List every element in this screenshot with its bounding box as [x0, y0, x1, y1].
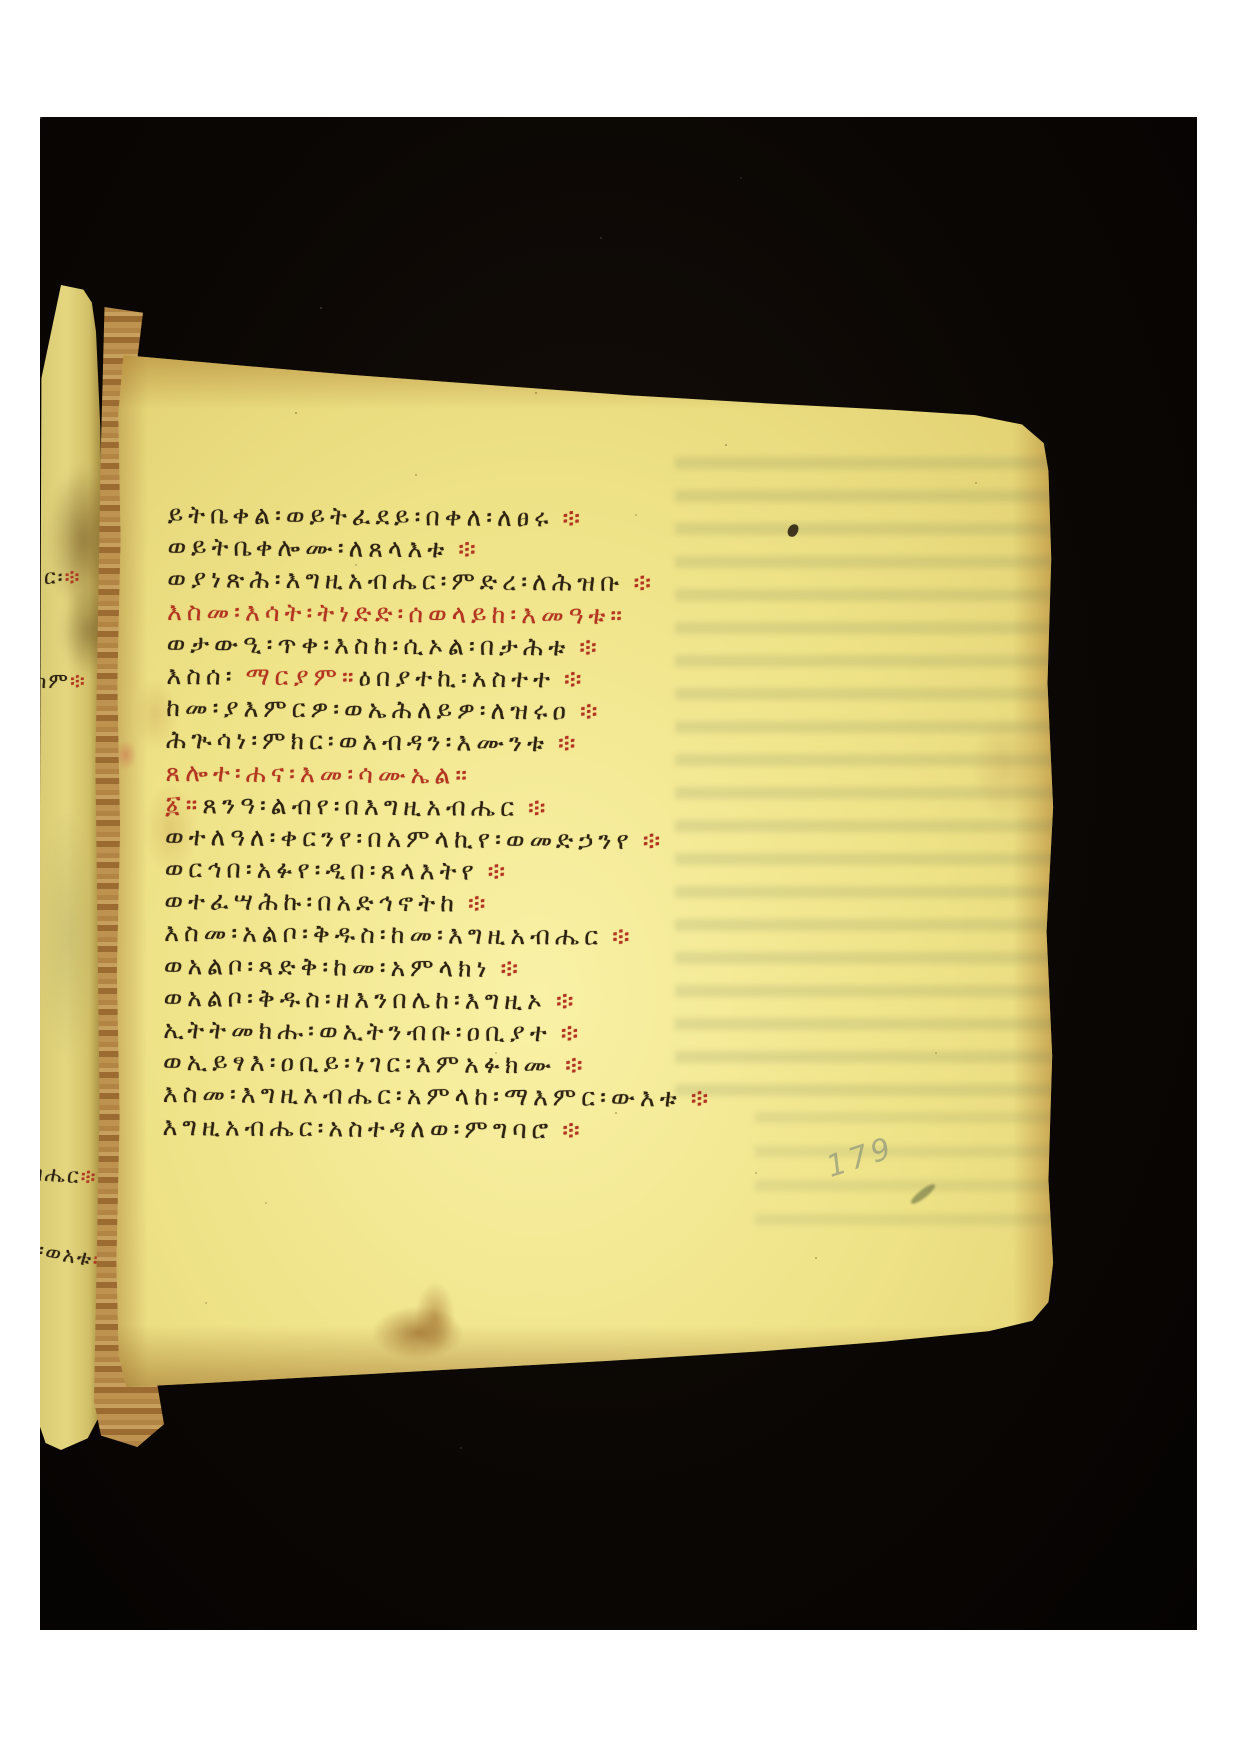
black-ink-segment: እስመ፡አልቦ፡ቅዱስ፡ከመ፡እግዚአብሔር — [164, 918, 603, 951]
red-ink-segment: ፨ — [562, 503, 585, 532]
black-ink-segment: ጸንዓ፡ልብየ፡በእግዚአብሔር — [202, 790, 519, 822]
black-ink-segment: ይትቤቀል፡ወይትፈደይ፡በቀለ፡ለፀሩ — [168, 500, 554, 532]
red-ink-segment: ፨ — [579, 632, 602, 661]
black-ink-segment: ስ፡ወአቱ — [40, 1236, 95, 1272]
red-ink-segment: ፨ — [691, 1084, 714, 1113]
black-ink-segment: ወርኅበ፡አፉየ፡ዲበ፡ጸላእትየ — [165, 854, 479, 886]
red-ink-segment: ፨ — [458, 535, 481, 564]
scan-mount: ር፡፨ስም፨ብሔር፨ስ፡ወአቱ፨ ይትቤቀል፡ወይትፈደይ፡በቀለ፡ለፀሩ፨ወይ… — [0, 0, 1238, 1753]
black-ink-segment: ወይትቤቀሎሙ፡ለጸላእቱ — [167, 532, 449, 563]
black-ink-segment: ስም — [40, 669, 70, 693]
black-ink-segment: ር፡ — [44, 565, 65, 589]
red-ink-segment: እስመ፡እሳት፡ትነድድ፡ሰወላይከ፡እመዓቱ። — [167, 597, 627, 630]
text-block: ይትቤቀል፡ወይትፈደይ፡በቀለ፡ለፀሩ፨ወይትቤቀሎሙ፡ለጸላእቱ፨ወያነጽሕ… — [162, 500, 1068, 1152]
red-ink-segment: ፨ — [468, 889, 491, 918]
red-ink-segment: ፨ — [562, 1115, 585, 1144]
black-ink-segment: ወታውዒ፡ጥቀ፡እስከ፡ሲኦል፡በታሕቱ — [167, 629, 571, 662]
black-ink-segment: ኢትትመክሑ፡ወኢትንብቡ፡ዐቢያተ — [163, 1015, 552, 1047]
red-ink-segment: ፨ — [612, 922, 635, 951]
stain — [40, 805, 95, 1065]
backdrop-dust-specks — [40, 117, 42, 119]
red-ink-segment: ፨ — [564, 664, 587, 693]
black-ink-segment: ወተለዓለ፡ቀርንየ፡በአምላኪየ፡ወመድኃንየ — [165, 822, 634, 855]
black-ink-segment: ወያነጽሕ፡እግዚአብሔር፡ምድረ፡ለሕዝቡ — [167, 564, 624, 597]
red-ink-segment: ፨ — [565, 1051, 588, 1080]
photo-backdrop: ር፡፨ስም፨ብሔር፨ስ፡ወአቱ፨ ይትቤቀል፡ወይትፈደይ፡በቀለ፡ለፀሩ፨ወይ… — [40, 117, 1197, 1630]
manuscript-page: ይትቤቀል፡ወይትፈደይ፡በቀለ፡ለፀሩ፨ወይትቤቀሎሙ፡ለጸላእቱ፨ወያነጽሕ… — [115, 352, 1055, 1387]
red-ink-segment: ፨ — [643, 826, 666, 855]
stain — [415, 1282, 455, 1352]
black-ink-segment: ሕጒሳነ፡ምክር፡ወአብዳን፡እሙንቱ — [166, 725, 549, 757]
facing-page-fragment: ር፡፨ — [44, 565, 81, 590]
red-ink-segment: ፨ — [558, 729, 581, 758]
red-ink-segment: ፨ — [556, 986, 579, 1015]
red-ink-segment: ማርያም። — [245, 662, 358, 692]
red-ink-segment: ፩። — [165, 790, 202, 819]
black-ink-segment: ዕበያተኪ፡አስተተ — [358, 663, 555, 694]
black-ink-segment: ከመ፡ያእምርዎ፡ወኤሕለይዎ፡ለዝሩዐ — [166, 693, 571, 726]
black-ink-segment: ወአልቦ፡ቅዱስ፡ዘእንበሌከ፡እግዚኦ — [164, 983, 548, 1015]
manuscript-line: እግዚአብሔር፡አስተዳለወ፡ምግባሮ፨ — [162, 1112, 1062, 1152]
black-ink-segment: ወአልቦ፡ጻድቅ፡ከመ፡አምላክነ — [164, 951, 492, 983]
red-ink-segment: ጸሎተ፡ሐና፡እመ፡ሳሙኤል። — [165, 757, 472, 789]
red-ink-segment: ፨ — [633, 568, 656, 597]
red-ink-segment: ፨ — [70, 669, 87, 693]
black-ink-segment: እስመ፡እግዚአብሔር፡አምላከ፡ማእምር፡ውእቱ — [163, 1079, 682, 1113]
red-ink-segment: ፨ — [561, 1018, 584, 1047]
red-ink-segment: ፨ — [80, 1164, 98, 1189]
black-ink-segment: ብሔር — [40, 1161, 82, 1189]
black-ink-segment: ወተፈሣሕኩ፡በአድኅኖትከ — [164, 886, 459, 918]
red-ink-segment: ፨ — [488, 857, 511, 886]
facing-page-fragment: ብሔር፨ — [40, 1161, 98, 1191]
black-ink-segment: እግዚአብሔር፡አስተዳለወ፡ምግባሮ — [162, 1112, 553, 1144]
facing-page-fragment: ስም፨ — [40, 669, 87, 694]
red-ink-segment: ፨ — [528, 793, 551, 822]
red-ink-segment: ፨ — [580, 697, 603, 726]
black-ink-segment: እስሰ፡ — [166, 661, 236, 691]
red-ink-segment: ፨ — [65, 565, 82, 589]
red-ink-segment: ፨ — [500, 954, 523, 983]
black-ink-segment: ወኢይፃእ፡ዐቢይ፡ነገር፡እምአፉክሙ — [163, 1047, 556, 1079]
